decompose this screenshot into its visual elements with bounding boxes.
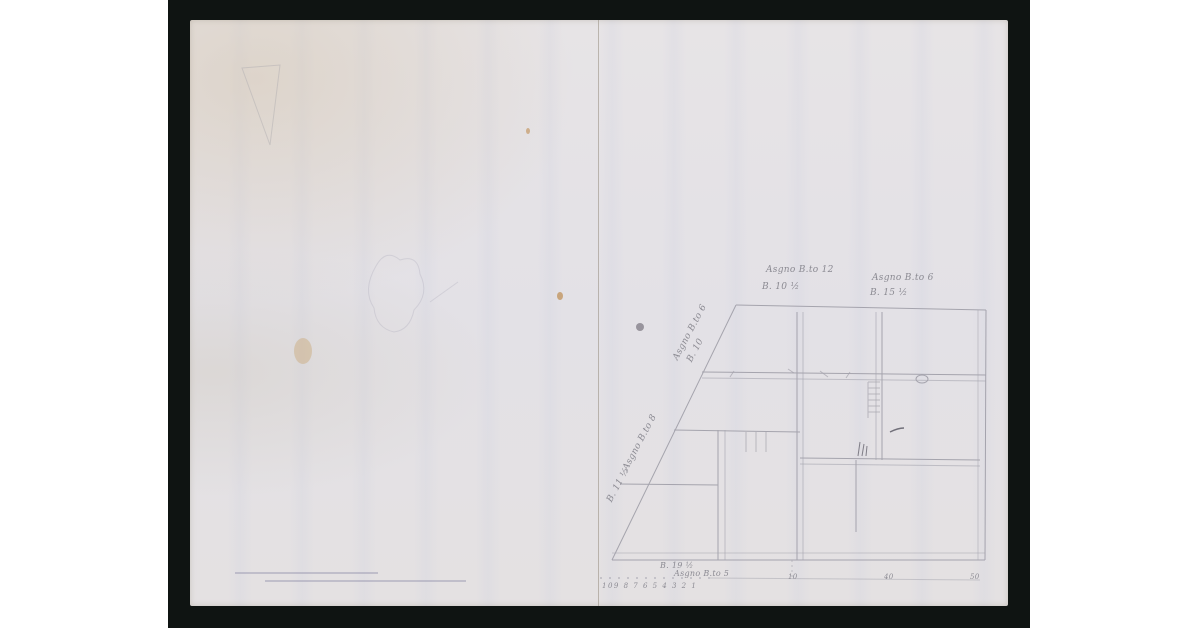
- scale-mark-40: 40: [884, 573, 894, 581]
- annotation-top-center-sub: B. 10 ½: [762, 282, 799, 292]
- scale-numbers: 109 8 7 6 5 4 3 2 1: [602, 582, 697, 590]
- annotation-top-right-sub: B. 15 ½: [870, 288, 907, 298]
- annotation-top-center: Asgno B.to 12: [766, 265, 834, 275]
- scale-mark-10: 10: [788, 573, 798, 581]
- floor-plan-drawing: [190, 20, 1008, 606]
- annotation-bottom-label-sub: Asgno B.to 5: [674, 569, 729, 578]
- scale-mark-50: 50: [970, 573, 980, 581]
- paper-sheet: Asgno B.to 12 B. 10 ½ Asgno B.to 6 B. 15…: [190, 20, 1008, 606]
- annotation-top-right: Asgno B.to 6: [872, 273, 934, 283]
